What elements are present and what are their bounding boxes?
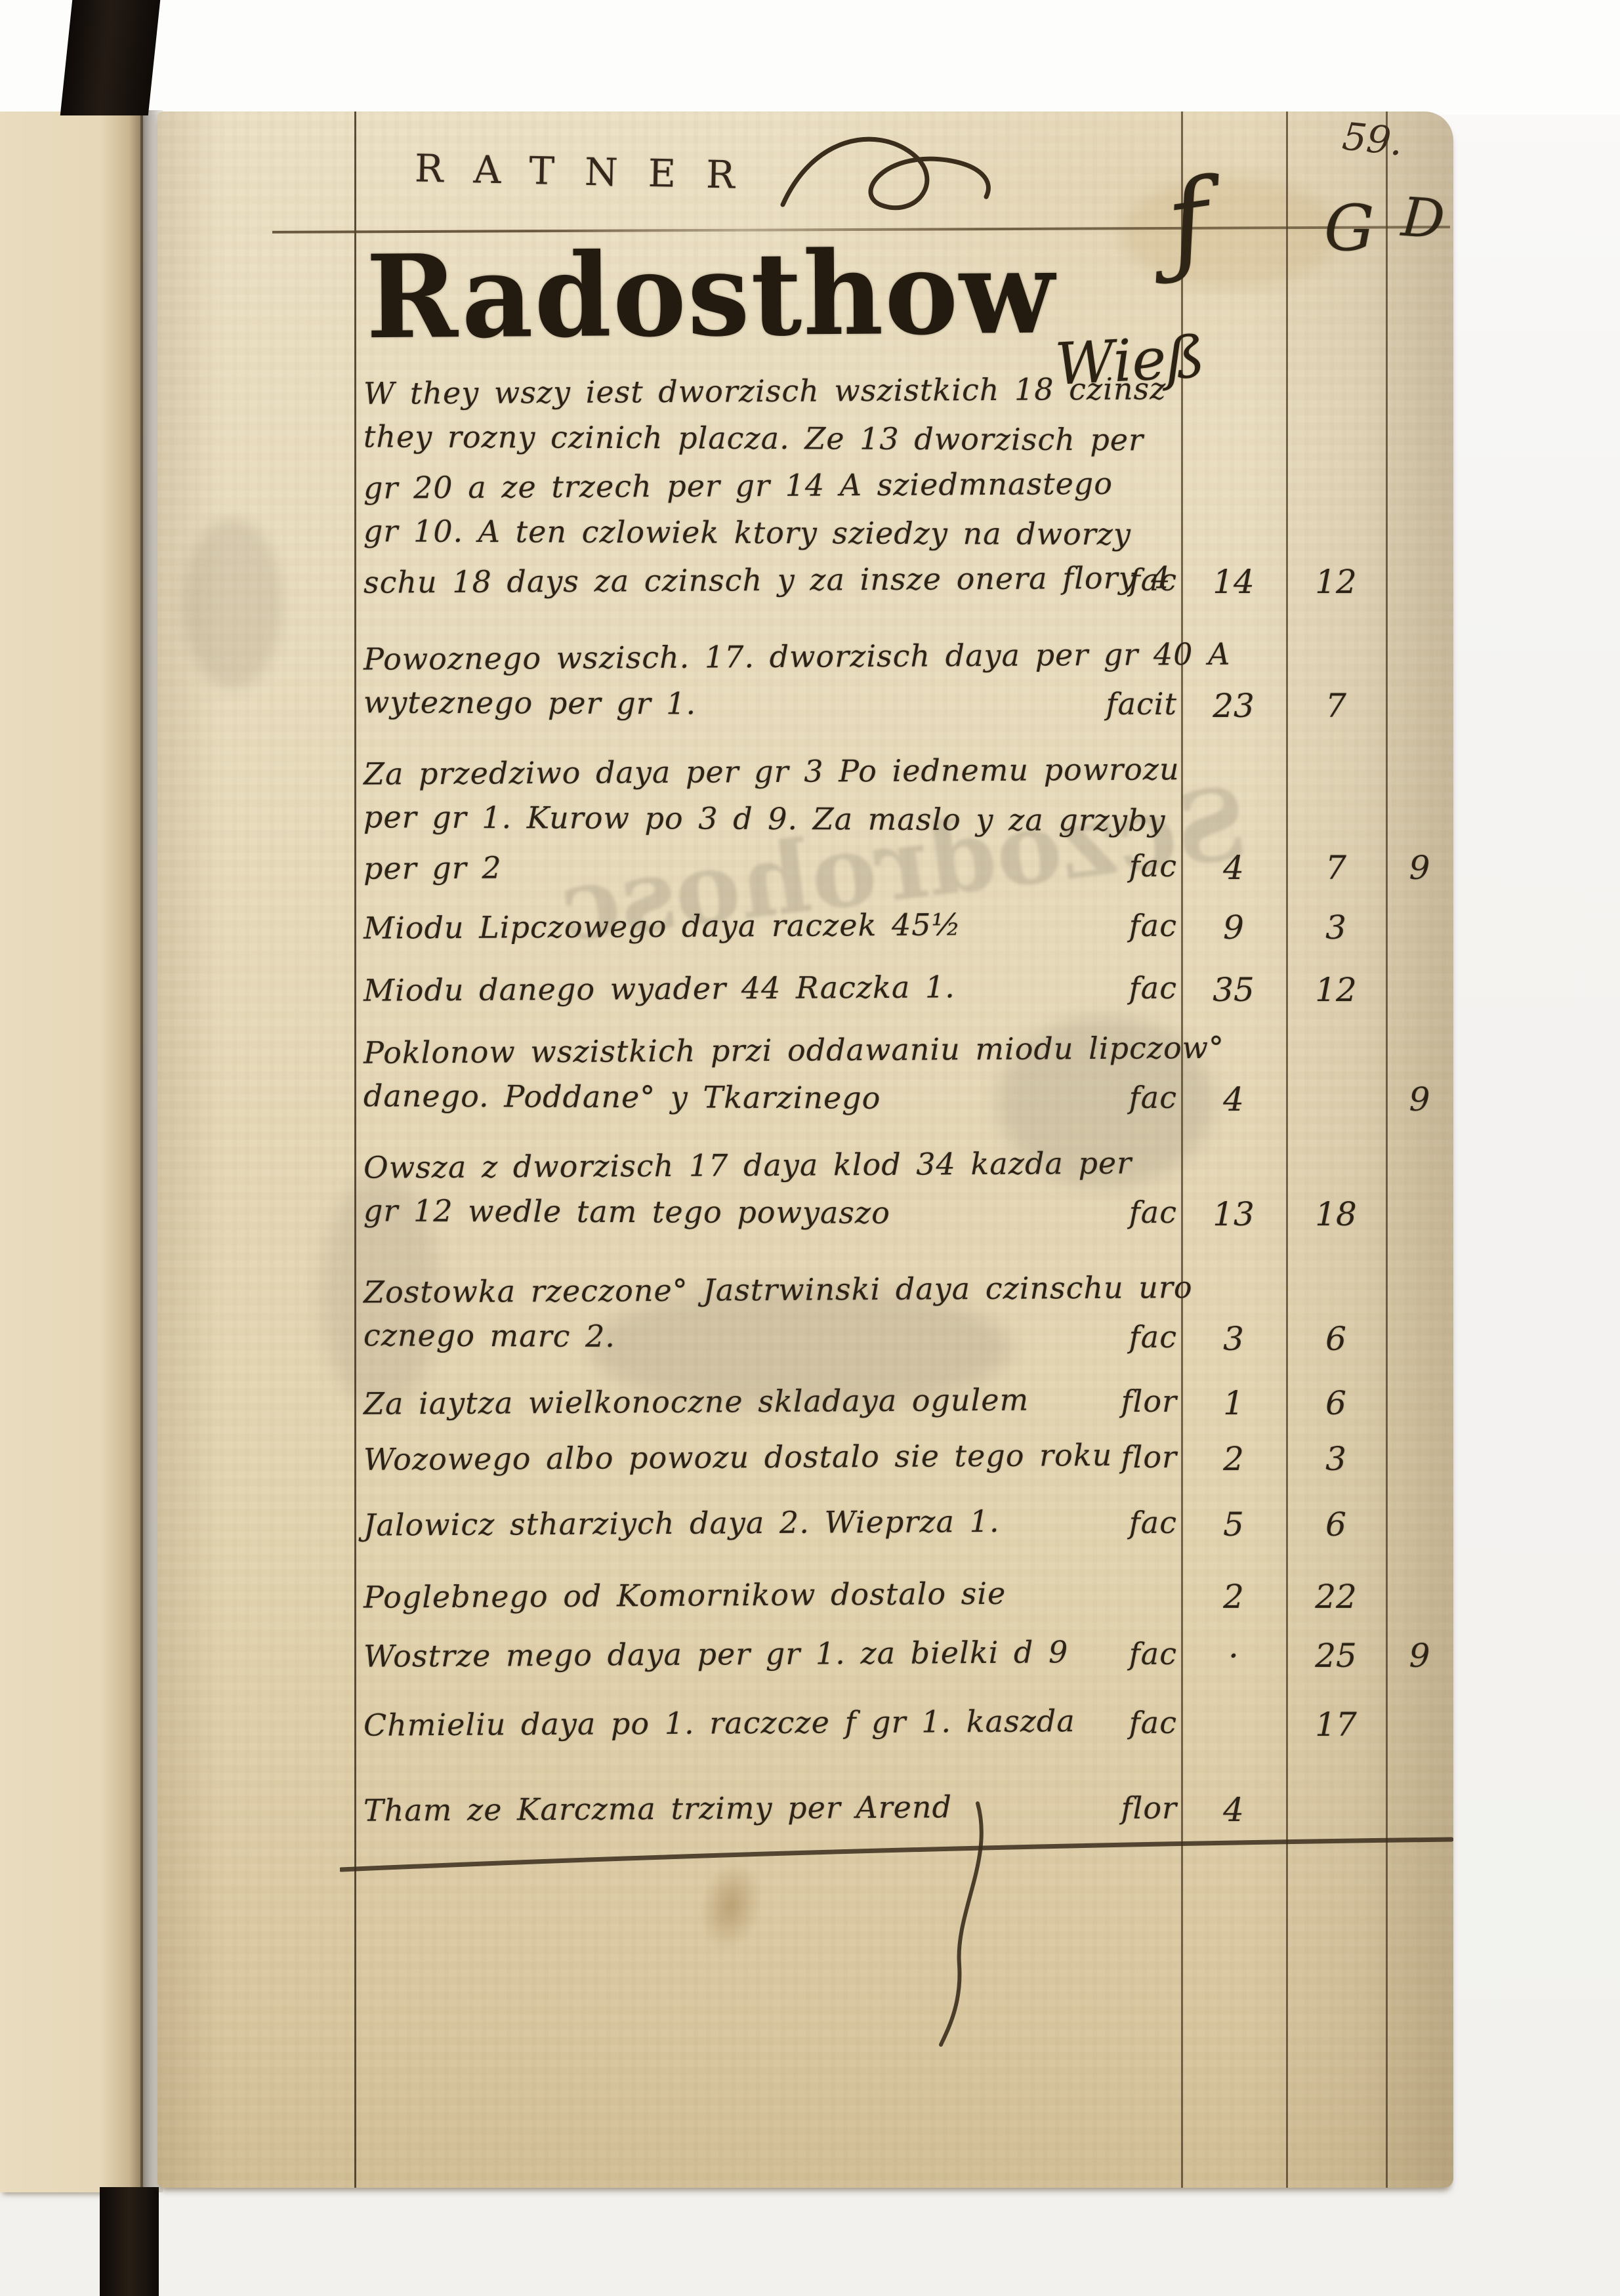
entry-line: gr 10. A ten czlowiek ktory sziedzy na d… xyxy=(363,507,1181,558)
value-denarii xyxy=(1386,1499,1453,1546)
entry-text: Zostowka rzeczone° Jastrwinski daya czin… xyxy=(354,1266,1181,1361)
entry-text: Chmieliu daya po 1. raczcze f gr 1. kasz… xyxy=(354,1699,1181,1746)
value-grossi: 17 xyxy=(1286,1699,1386,1746)
entry-line: Zostowka rzeczone° Jastrwinski daya czin… xyxy=(363,1263,1181,1316)
entry-line: schu 18 days za czinsch y za insze onera… xyxy=(363,554,1181,606)
binding-strip-top xyxy=(60,0,160,115)
entry-line: Miodu Lipczowego daya raczek 45½ xyxy=(363,899,1181,952)
ledger-entry: Wozowego albo powozu dostalo sie tego ro… xyxy=(354,1433,1453,1481)
entry-text: Poklonow wszistkich przi oddawaniu miodu… xyxy=(354,1027,1181,1121)
manuscript-scan: Sczodrohosc 59. RATNER ƒ G D Radosthow W… xyxy=(0,0,1620,2296)
value-grossi: 6 xyxy=(1286,1266,1386,1361)
entry-text: Poglebnego od Komornikow dostalo sie xyxy=(354,1571,1181,1618)
ledger-entries: W they wszy iest dworzisch wszistkich 18… xyxy=(354,367,1453,1832)
previous-page-edge xyxy=(0,112,143,2192)
value-denarii xyxy=(1386,633,1453,728)
page-title: Radosthow xyxy=(365,224,1056,365)
value-denarii xyxy=(1386,1266,1453,1361)
value-denarii xyxy=(1386,1699,1453,1746)
entry-line: Powoznego wszisch. 17. dworzisch daya pe… xyxy=(363,630,1181,683)
value-denarii xyxy=(1386,1571,1453,1618)
facit-label: fac xyxy=(1129,556,1177,604)
value-grossi: 3 xyxy=(1286,1433,1386,1481)
facit-label: flor xyxy=(1121,1433,1177,1481)
ledger-entry: Tham ze Karczma trzimy per Arendflor4 xyxy=(354,1784,1453,1832)
facit-label: fac xyxy=(1129,1313,1177,1361)
value-grossi xyxy=(1286,1784,1386,1832)
entry-text: W they wszy iest dworzisch wszistkich 18… xyxy=(354,367,1181,604)
value-floreni: 14 xyxy=(1181,367,1286,604)
ledger-entry: Chmieliu daya po 1. raczcze f gr 1. kasz… xyxy=(354,1699,1453,1746)
entry-line: Owsza z dworzisch 17 daya klod 34 kazda … xyxy=(363,1139,1181,1191)
value-denarii xyxy=(1386,1784,1453,1832)
grossi-column-symbol: G xyxy=(1324,192,1375,265)
ledger-entry: Owsza z dworzisch 17 daya klod 34 kazda … xyxy=(354,1141,1453,1236)
value-grossi: 6 xyxy=(1286,1378,1386,1425)
value-denarii xyxy=(1386,964,1453,1012)
entry-line: Poklonow wszistkich przi oddawaniu miodu… xyxy=(363,1024,1181,1076)
facit-label: fac xyxy=(1129,902,1177,949)
ledger-entry: Miodu danego wyader 44 Raczka 1.fac3512 xyxy=(354,964,1453,1012)
facit-label: fac xyxy=(1129,1499,1177,1546)
value-grossi: 3 xyxy=(1286,902,1386,949)
entry-text: Miodu danego wyader 44 Raczka 1.fac xyxy=(354,964,1181,1012)
value-denarii xyxy=(1386,902,1453,949)
entry-text: Powoznego wszisch. 17. dworzisch daya pe… xyxy=(354,633,1181,728)
pen-flourish-descender xyxy=(937,1801,996,2050)
value-grossi: 6 xyxy=(1286,1499,1386,1546)
ledger-entry: Za przedziwo daya per gr 3 Po iednemu po… xyxy=(354,748,1453,890)
facit-label: fac xyxy=(1129,1074,1177,1121)
running-header: RATNER xyxy=(414,146,765,197)
ledger-entry: W they wszy iest dworzisch wszistkich 18… xyxy=(354,367,1453,604)
value-floreni: 3 xyxy=(1181,1266,1286,1361)
value-grossi: 22 xyxy=(1286,1571,1386,1618)
value-grossi: 7 xyxy=(1286,633,1386,728)
entry-text: Tham ze Karczma trzimy per Arendflor xyxy=(354,1784,1181,1832)
entry-text: Wostrze mego daya per gr 1. za bielki d … xyxy=(354,1630,1181,1677)
entry-text: Wozowego albo powozu dostalo sie tego ro… xyxy=(354,1433,1181,1481)
ledger-entry: Jalowicz stharziych daya 2. Wieprza 1.fa… xyxy=(354,1499,1453,1546)
value-floreni: 2 xyxy=(1181,1571,1286,1618)
entry-line: Miodu danego wyader 44 Raczka 1. xyxy=(363,962,1181,1014)
entry-line: gr 20 a ze trzech per gr 14 A sziedmnast… xyxy=(363,459,1181,512)
value-denarii xyxy=(1386,1141,1453,1236)
ledger-entry: Zostowka rzeczone° Jastrwinski daya czin… xyxy=(354,1266,1453,1361)
value-floreni: · xyxy=(1181,1630,1286,1677)
denarii-column-symbol: D xyxy=(1400,186,1447,251)
value-floreni: 5 xyxy=(1181,1499,1286,1546)
entry-line: Jalowicz stharziych daya 2. Wieprza 1. xyxy=(363,1496,1181,1549)
value-denarii: 9 xyxy=(1386,1027,1453,1121)
value-grossi: 18 xyxy=(1286,1141,1386,1236)
facit-label: fac xyxy=(1129,1699,1177,1746)
facit-label: fac xyxy=(1129,964,1177,1012)
facit-label: fac xyxy=(1129,1189,1177,1236)
entry-line: Za iaytza wielkonoczne skladaya ogulem xyxy=(363,1375,1181,1427)
paper-smudge xyxy=(184,518,282,689)
value-denarii xyxy=(1386,1378,1453,1425)
value-floreni xyxy=(1181,1699,1286,1746)
entry-line: they rozny czinich placza. Ze 13 dworzis… xyxy=(363,413,1181,463)
entry-line: gr 12 wedle tam tego powyaszo xyxy=(363,1187,1181,1237)
folio-number: 59. xyxy=(1340,113,1405,164)
paper-smudge xyxy=(1122,177,1339,289)
value-denarii: 9 xyxy=(1386,748,1453,890)
ledger-entry: Poklonow wszistkich przi oddawaniu miodu… xyxy=(354,1027,1453,1121)
value-floreni: 9 xyxy=(1181,902,1286,949)
entry-text: Miodu Lipczowego daya raczek 45½fac xyxy=(354,902,1181,949)
facit-label: facit xyxy=(1106,680,1177,728)
ledger-entry: Za iaytza wielkonoczne skladaya ogulemfl… xyxy=(354,1378,1453,1425)
binding-strip-bottom xyxy=(100,2187,159,2296)
entry-line: W they wszy iest dworzisch wszistkich 18… xyxy=(363,365,1181,417)
value-denarii xyxy=(1386,367,1453,604)
value-grossi xyxy=(1286,1027,1386,1121)
entry-text: Owsza z dworzisch 17 daya klod 34 kazda … xyxy=(354,1141,1181,1236)
facit-label: flor xyxy=(1121,1784,1177,1832)
value-grossi: 12 xyxy=(1286,964,1386,1012)
entry-line: per gr 2 xyxy=(363,840,1181,892)
scanner-background xyxy=(0,0,1620,115)
entry-line: Wostrze mego daya per gr 1. za bielki d … xyxy=(363,1628,1181,1680)
entry-line: Chmieliu daya po 1. raczcze f gr 1. kasz… xyxy=(363,1696,1181,1749)
ledger-entry: Poglebnego od Komornikow dostalo sie222 xyxy=(354,1571,1453,1618)
facit-label: fac xyxy=(1129,1630,1177,1677)
entry-line: danego. Poddane° y Tkarzinego xyxy=(363,1072,1181,1122)
value-floreni: 4 xyxy=(1181,1784,1286,1832)
value-grossi: 12 xyxy=(1286,367,1386,604)
entry-text: Za przedziwo daya per gr 3 Po iednemu po… xyxy=(354,748,1181,890)
value-floreni: 13 xyxy=(1181,1141,1286,1236)
entry-text: Za iaytza wielkonoczne skladaya ogulemfl… xyxy=(354,1378,1181,1425)
ledger-entry: Miodu Lipczowego daya raczek 45½fac93 xyxy=(354,902,1453,949)
entry-text: Jalowicz stharziych daya 2. Wieprza 1.fa… xyxy=(354,1499,1181,1546)
value-floreni: 1 xyxy=(1181,1378,1286,1425)
entry-line: Poglebnego od Komornikow dostalo sie xyxy=(363,1568,1181,1621)
entry-line: Wozowego albo powozu dostalo sie tego ro… xyxy=(363,1431,1181,1483)
entry-line: Za przedziwo daya per gr 3 Po iednemu po… xyxy=(363,745,1181,798)
value-grossi: 25 xyxy=(1286,1630,1386,1677)
entry-line: wyteznego per gr 1. xyxy=(363,678,1181,729)
manuscript-page: Sczodrohosc 59. RATNER ƒ G D Radosthow W… xyxy=(157,112,1453,2188)
value-floreni: 35 xyxy=(1181,964,1286,1012)
entry-line: per gr 1. Kurow po 3 d 9. Za maslo y za … xyxy=(363,793,1181,844)
ledger-entry: Wostrze mego daya per gr 1. za bielki d … xyxy=(354,1630,1453,1677)
value-grossi: 7 xyxy=(1286,748,1386,890)
value-floreni: 2 xyxy=(1181,1433,1286,1481)
facit-label: fac xyxy=(1129,842,1177,890)
closing-rule xyxy=(340,1835,1453,1875)
entry-line: Tham ze Karczma trzimy per Arend xyxy=(363,1782,1181,1834)
value-floreni: 4 xyxy=(1181,748,1286,890)
entry-line: cznego marc 2. xyxy=(363,1311,1181,1362)
ledger-entry: Powoznego wszisch. 17. dworzisch daya pe… xyxy=(354,633,1453,728)
value-denarii: 9 xyxy=(1386,1630,1453,1677)
pen-flourish-icon xyxy=(778,126,1014,231)
value-denarii xyxy=(1386,1433,1453,1481)
facit-label: flor xyxy=(1121,1378,1177,1425)
